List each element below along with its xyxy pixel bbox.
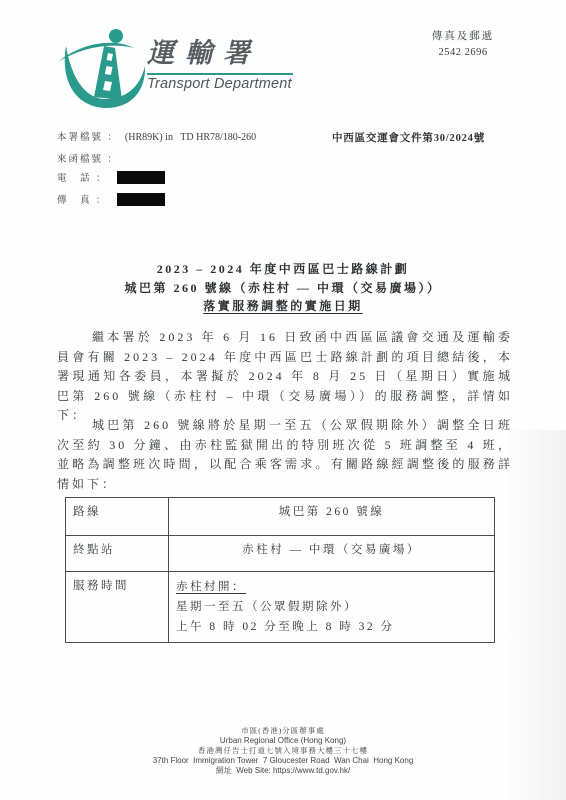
office-address-zh: 香港灣仔告士打道七號入境事務大樓三十七樓 — [0, 746, 566, 756]
letter-page: 運輸署 Transport Department 傳真及郵遞 2542 2696… — [0, 0, 566, 800]
scan-shading-artifact — [502, 430, 566, 800]
office-name-en: Urban Regional Office (Hong Kong) — [0, 736, 566, 746]
our-ref-label: 本署檔號 ： — [57, 133, 119, 143]
department-name-en: Transport Department — [147, 76, 327, 92]
service-hours-label: 服務時間 — [66, 572, 169, 643]
terminus-label: 終點站 — [66, 536, 169, 572]
our-ref-row: 本署檔號 ：(HR89K) in TD HR78/180-260 — [57, 127, 256, 143]
department-name-block: 運輸署 Transport Department — [147, 40, 327, 92]
fax-mail-block: 傳真及郵遞 2542 2696 — [405, 28, 521, 58]
your-ref-label: 來函檔號 ： — [57, 155, 119, 165]
table-row-terminus: 終點站 赤柱村 — 中環（交易廣場） — [66, 536, 495, 572]
website-line: 網址 Web Site: https://www.td.gov.hk/ — [0, 766, 566, 776]
fax-label: 傳 真 ： — [57, 196, 107, 206]
fax-redaction-box — [117, 193, 165, 206]
service-hours-line-3: 上午 8 時 02 分至晚上 8 時 32 分 — [176, 617, 487, 637]
paragraph-2: 城巴第 260 號線將於星期一至五（公眾假期除外）調整全日班次至約 30 分鐘、… — [57, 416, 513, 494]
terminus-value: 赤柱村 — 中環（交易廣場） — [169, 536, 495, 572]
service-hours-line-2: 星期一至五（公眾假期除外） — [176, 597, 487, 617]
fax-mail-number: 2542 2696 — [405, 47, 521, 58]
table-row-service-hours: 服務時間 赤柱村開： 星期一至五（公眾假期除外） 上午 8 時 02 分至晚上 … — [66, 572, 495, 643]
letter-title: 2023 – 2024 年度中西區巴士路線計劃 城巴第 260 號線（赤柱村 —… — [0, 260, 566, 316]
title-line-3: 落實服務調整的實施日期 — [0, 297, 566, 316]
phone-redaction-box — [117, 171, 165, 184]
phone-row: 電 話 ： — [57, 168, 165, 184]
service-details-table: 路線 城巴第 260 號線 終點站 赤柱村 — 中環（交易廣場） 服務時間 赤柱… — [65, 497, 495, 643]
department-name-zh: 運輸署 — [147, 40, 327, 67]
office-name-zh: 市區(香港)分區辦事處 — [0, 726, 566, 736]
office-address-en: 37th Floor Immigration Tower 7 Glouceste… — [0, 756, 566, 766]
title-line-2: 城巴第 260 號線（赤柱村 — 中環（交易廣場）） — [0, 279, 566, 298]
service-hours-line-1: 赤柱村開： — [176, 577, 487, 597]
our-ref-value: (HR89K) in TD HR78/180-260 — [125, 132, 256, 143]
table-row-route: 路線 城巴第 260 號線 — [66, 498, 495, 536]
fax-mail-label: 傳真及郵遞 — [405, 28, 521, 43]
letter-footer: 市區(香港)分區辦事處 Urban Regional Office (Hong … — [0, 726, 566, 776]
service-hours-value: 赤柱村開： 星期一至五（公眾假期除外） 上午 8 時 02 分至晚上 8 時 3… — [169, 572, 495, 643]
fax-row: 傳 真 ： — [57, 190, 165, 206]
phone-label: 電 話 ： — [57, 174, 107, 184]
paragraph-1: 繼本署於 2023 年 6 月 16 日致函中西區區議會交通及運輸委員會有關 2… — [57, 328, 513, 426]
committee-paper-number: 中西區交運會文件第30/2024號 — [332, 130, 485, 145]
route-value: 城巴第 260 號線 — [169, 498, 495, 536]
brand-rule — [147, 73, 293, 75]
route-label: 路線 — [66, 498, 169, 536]
transport-department-logo-icon — [58, 24, 148, 110]
your-ref-row: 來函檔號 ： — [57, 149, 119, 165]
title-line-1: 2023 – 2024 年度中西區巴士路線計劃 — [0, 260, 566, 279]
